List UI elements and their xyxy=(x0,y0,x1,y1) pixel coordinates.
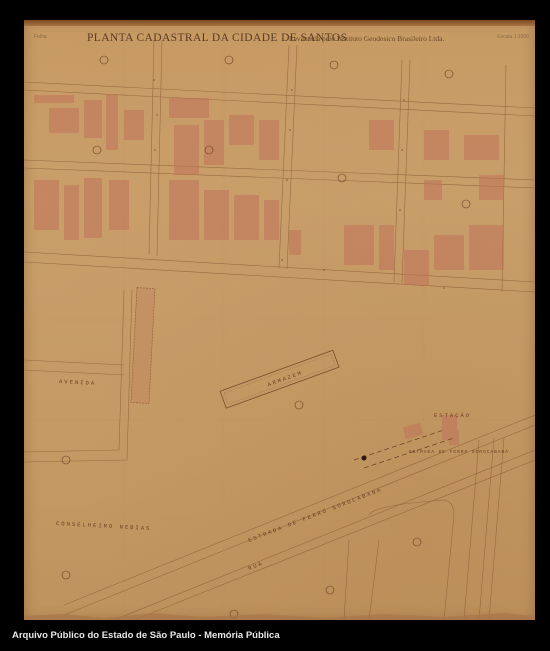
map-sheet: Folha PLANTA CADASTRAL DA CIDADE DE SANT… xyxy=(24,20,535,620)
left-street-label-lower: CONSELHEIRO NEBIAS xyxy=(56,520,152,532)
archive-credit: Arquivo Público do Estado de São Paulo -… xyxy=(12,630,280,641)
warehouse-armazem: ARMAZEM xyxy=(220,350,339,408)
station-label: ESTAÇÃO xyxy=(434,412,471,419)
left-street-label-upper: AVENIDA xyxy=(59,378,96,387)
railway-label: ESTRADA DE FERRO SOROCABANA xyxy=(247,486,383,544)
torn-edge xyxy=(24,613,535,620)
lower-street-label: RUA xyxy=(247,560,264,572)
station-marker-icon xyxy=(362,456,367,461)
vertical-warehouse xyxy=(131,288,155,404)
cadastral-map-drawing: ARMAZEM ESTAÇÃO ESTRADA DE FERRO SOROCAB… xyxy=(24,20,535,620)
platform-tracks xyxy=(354,430,454,468)
station-railway-label: ESTRADA DE FERRO SOROCABANA xyxy=(409,449,509,455)
